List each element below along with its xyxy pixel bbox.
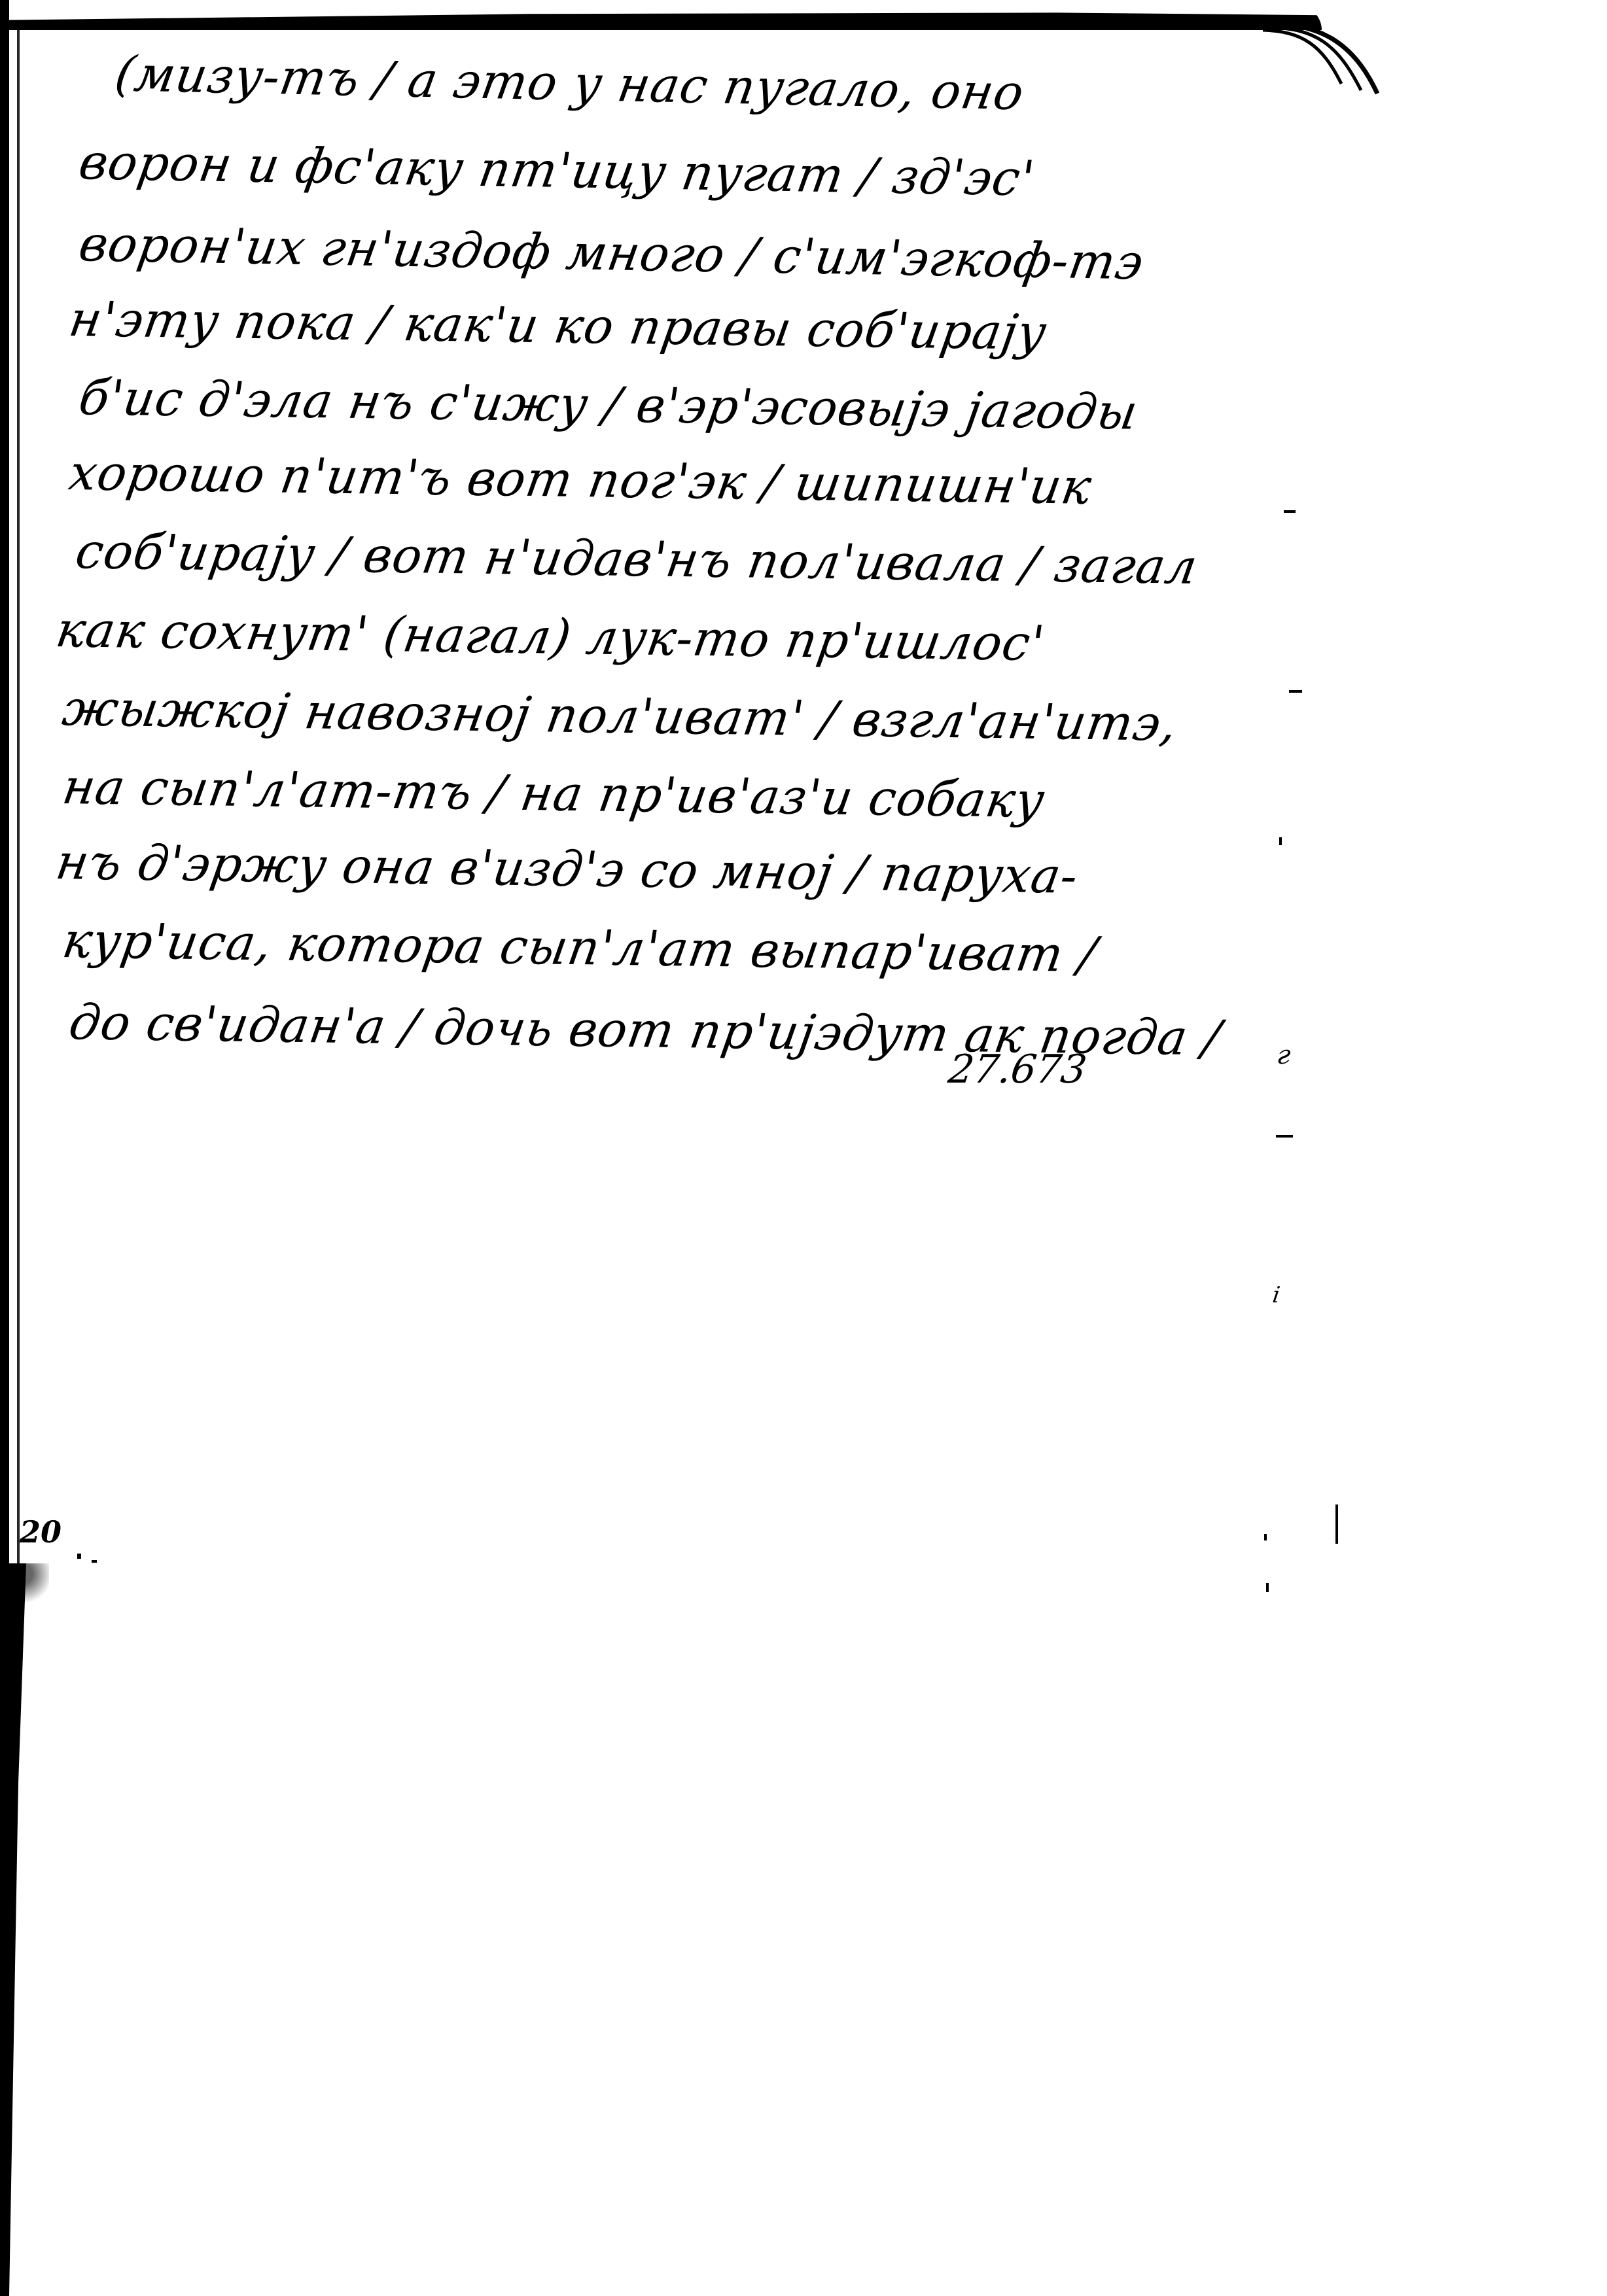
scan-speck (1264, 1534, 1267, 1540)
text-line: соб'ираjу / вот н'идав'нъ пол'ивала / за… (72, 523, 1201, 595)
margin-dash (1289, 690, 1302, 693)
scan-speck (92, 1560, 97, 1563)
text-line: нъ д'эржу она в'изд'э со мноj / паруха- (52, 834, 1082, 905)
text-line: (мизу-тъ / а это у нас пугало, оно (111, 46, 1028, 121)
margin-dash (1284, 510, 1296, 513)
scan-speck (1279, 837, 1282, 845)
text-line: б'ис д'эла нъ с'ижу / в'эр'эсовыjэ jагод… (75, 370, 1142, 441)
text-line: на сып'л'ат-тъ / на пр'ив'аз'и собаку (59, 759, 1049, 829)
text-line: кур'иса, котора сып'л'ат выпар'иват / (59, 913, 1101, 983)
margin-dash (1276, 1135, 1293, 1138)
text-line: ворон'их гн'издоф много / с'им'эгкоф-тэ (75, 216, 1148, 290)
text-line: жыжкоj навозноj пол'иват' / взгл'ан'итэ, (59, 680, 1181, 752)
scan-speck (1266, 1583, 1269, 1592)
scan-speck (77, 1554, 81, 1559)
page-number: 20 (20, 1514, 62, 1550)
scan-speck (1335, 1505, 1338, 1544)
text-line: хорошо п'ит'ъ вот пог'эк / шипишн'ик (65, 445, 1095, 515)
handwritten-text: (мизу-тъ / а это у нас пугало, оно ворон… (0, 0, 1607, 2296)
text-line: н'эту пока / как'и ко правы соб'ираjу (65, 291, 1051, 361)
text-line: ворон и фс'аку пт'ицу пугат / зд'эс' (75, 134, 1038, 207)
text-line: как сохнут' (нагал) лук-то пр'ишлос' (52, 602, 1048, 672)
record-number: 27.673 (945, 1047, 1089, 1092)
scanned-page: (мизу-тъ / а это у нас пугало, оно ворон… (0, 0, 1607, 2296)
